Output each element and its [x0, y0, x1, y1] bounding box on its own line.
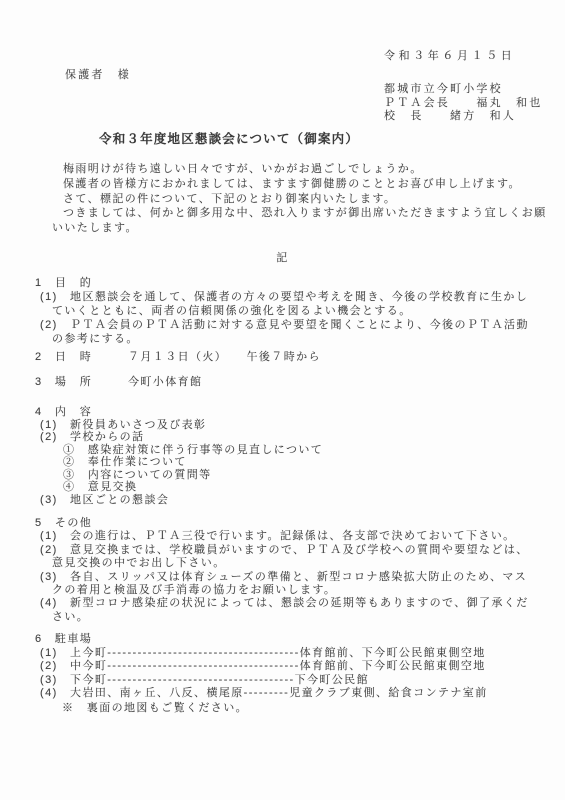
- section-heading: 3 場 所 今町小体育館: [35, 376, 565, 390]
- parking-row: (2) 中今町---------------------------------…: [40, 660, 565, 674]
- section-datetime: 2 日 時 ７月１３日（火） 午後７時から: [0, 351, 565, 365]
- document-page: 令和３年６月１５日 保護者 様 都城市立今町小学校 ＰＴＡ会長 福丸 和也 校 …: [0, 0, 565, 800]
- record-marker: 記: [0, 252, 565, 266]
- parking-row: (1) 上今町---------------------------------…: [40, 647, 565, 661]
- section-line: (2) 学校からの話: [40, 431, 565, 444]
- section-purpose: 1 目 的 (1) 地区懇談会を通して、保護者の方々の要望や考えを聞き、今後の学…: [0, 276, 565, 346]
- greeting-line: さて、標記の件について、下記のとおり御案内いたします。: [52, 192, 557, 207]
- greeting-line: 梅雨明けが待ち遠しい日々ですが、いかがお過ごしでしょうか。: [52, 162, 557, 177]
- section-line: クの着用と検温及び手消毒の協力をお願いします。: [52, 584, 565, 597]
- section-line: ていくとともに、両者の信頼関係の強化を図るよい機会とする。: [52, 304, 565, 318]
- section-subline: ④ 意見交換: [63, 481, 565, 494]
- sender-school: 都城市立今町小学校: [384, 83, 542, 97]
- greeting-paragraphs: 梅雨明けが待ち遠しい日々ですが、いかがお過ごしでしょうか。 保護者の皆様方におか…: [52, 162, 557, 236]
- sender-principal: 校 長 緒方 和人: [384, 110, 542, 124]
- section-line: (3) 地区ごとの懇談会: [40, 494, 565, 507]
- section-heading-label: 3 場 所: [35, 376, 92, 388]
- section-line: (2) ＰＴＡ会員のＰＴＡ活動に対する意見や要望を聞くことにより、今後のＰＴＡ活…: [40, 318, 565, 332]
- date-line: 令和３年６月１５日: [384, 50, 515, 64]
- parking-row: (3) 下今町---------------------------------…: [40, 674, 565, 688]
- greeting-line: いいたします。: [52, 221, 557, 236]
- section-line: (2) 意見交換までは、学校職員がいますので、ＰＴＡ及び学校への質問や要望などは…: [40, 544, 565, 557]
- section-line: (1) 地区懇談会を通して、保護者の方々の要望や考えを聞き、今後の学校教育に生か…: [40, 290, 565, 304]
- section-heading: 6 駐車場: [35, 633, 565, 647]
- section-line: (4) 新型コロナ感染症の状況によっては、懇談会の延期等もありますので、御了承く…: [40, 597, 565, 610]
- section-subline: ① 感染症対策に伴う行事等の見直しについて: [63, 444, 565, 457]
- back-side-map-note: ※ 裏面の地図もご覧ください。: [62, 702, 248, 716]
- section-contents: 4 内 容 (1) 新役員あいさつ及び表彰 (2) 学校からの話 ① 感染症対策…: [0, 406, 565, 506]
- section-heading: 4 内 容: [35, 406, 565, 419]
- greeting-line: 保護者の皆様方におかれましては、ますます御健勝のこととお喜び申し上げます。: [52, 177, 557, 192]
- sender-block: 都城市立今町小学校 ＰＴＡ会長 福丸 和也 校 長 緒方 和人: [384, 83, 542, 124]
- addressee: 保護者 様: [65, 69, 131, 83]
- section-line: (1) 新役員あいさつ及び表彰: [40, 419, 565, 432]
- sender-pta-chair: ＰＴＡ会長 福丸 和也: [384, 97, 542, 111]
- section-subline: ③ 内容についての質問等: [63, 469, 565, 482]
- section-line: さい。: [52, 611, 565, 624]
- parking-row: (4) 大岩田、南ヶ丘、八反、横尾原---------児童クラブ東側、給食コンテ…: [40, 687, 565, 701]
- section-heading: 2 日 時 ７月１３日（火） 午後７時から: [35, 351, 565, 365]
- section-heading: 1 目 的: [35, 276, 565, 290]
- section-line: (3) 各自、スリッパ又は体育シューズの準備と、新型コロナ感染拡大防止のため、マ…: [40, 571, 565, 584]
- section-heading-label: 2 日 時: [35, 351, 92, 363]
- section-value: 今町小体育館: [128, 376, 202, 390]
- section-other: 5 その他 (1) 会の進行は、ＰＴＡ三役で行います。記録係は、各支部で決めてお…: [0, 517, 565, 624]
- section-heading: 5 その他: [35, 517, 565, 530]
- section-parking: 6 駐車場 (1) 上今町---------------------------…: [0, 633, 565, 701]
- section-subline: ② 奉仕作業について: [63, 456, 565, 469]
- document-title: 令和３年度地区懇談会について（御案内）: [99, 133, 359, 147]
- section-line: 意見交換の中でお出し下さい。: [52, 557, 565, 570]
- section-line: の参考にする。: [52, 332, 565, 346]
- section-value: ７月１３日（火） 午後７時から: [128, 351, 321, 365]
- section-place: 3 場 所 今町小体育館: [0, 376, 565, 390]
- greeting-line: つきましては、何かと御多用な中、恐れ入りますが御出席いただきますよう宜しくお願: [52, 206, 557, 221]
- section-line: (1) 会の進行は、ＰＴＡ三役で行います。記録係は、各支部で決めておいて下さい。: [40, 530, 565, 543]
